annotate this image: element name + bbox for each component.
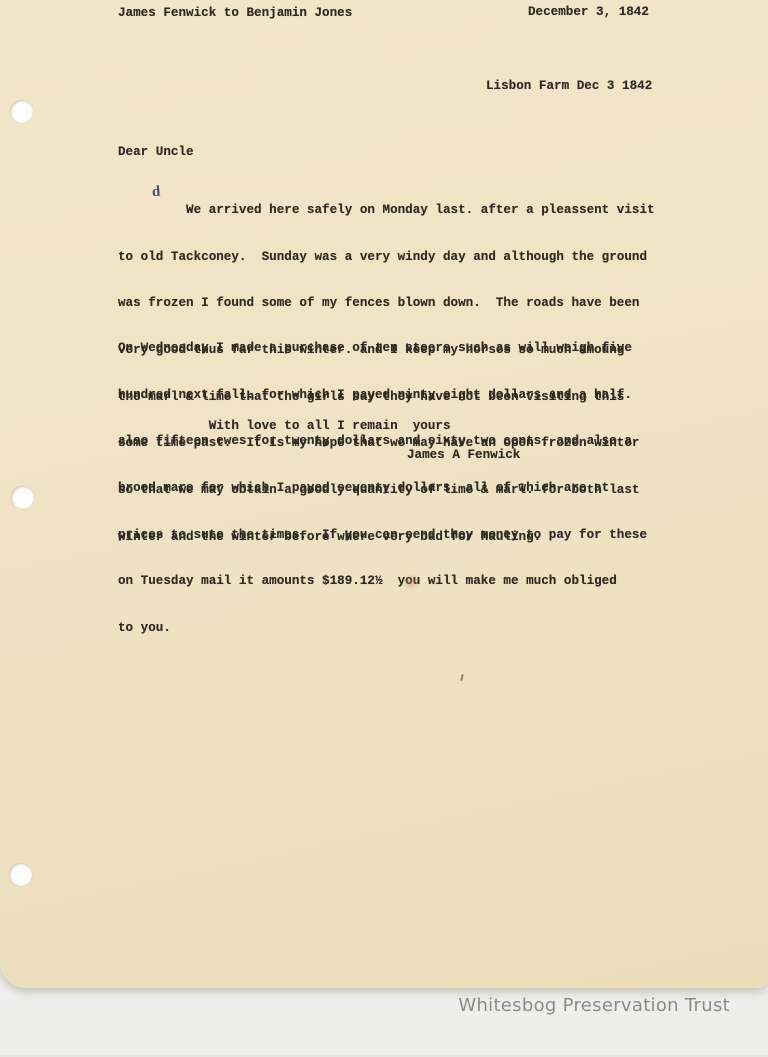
punch-hole-middle <box>11 486 34 509</box>
handwritten-ink-correction: d <box>151 184 161 202</box>
paragraph-1-line: We arrived here safely on Monday last. a… <box>118 203 655 219</box>
paragraph-2-line: brood mare for which I payed seventy dol… <box>118 481 647 497</box>
salutation: Dear Uncle <box>118 145 194 161</box>
paragraph-2-line: hundred next fall. for which I payed nin… <box>118 388 647 404</box>
closing-line: With love to all I remain yours <box>118 419 451 435</box>
paragraph-2-line: also fifteen ewes for twenty dollars and… <box>118 434 647 450</box>
paragraph-2: On Wednesday I made a purchase of ten st… <box>118 310 647 668</box>
paper-stain <box>404 572 418 592</box>
paragraph-2-line: prices to sute the times. If you can sen… <box>118 528 647 544</box>
scan-background: James Fenwick to Benjamin Jones December… <box>0 0 768 1057</box>
header-annotation: James Fenwick to Benjamin Jones <box>118 6 352 22</box>
paper-speck <box>460 674 463 681</box>
letter-dateline: Lisbon Farm Dec 3 1842 <box>486 79 652 95</box>
punch-hole-bottom <box>9 863 32 886</box>
punch-hole-top <box>10 100 33 123</box>
signature: James A Fenwick <box>407 448 520 464</box>
letter-page: James Fenwick to Benjamin Jones December… <box>0 0 768 988</box>
header-date: December 3, 1842 <box>528 5 649 21</box>
paragraph-2-line: On Wednesday I made a purchase of ten st… <box>118 341 647 357</box>
paragraph-2-line: on Tuesday mail it amounts $189.12½ you … <box>118 574 647 590</box>
paragraph-1-line: to old Tackconey. Sunday was a very wind… <box>118 250 655 266</box>
paragraph-2-line: to you. <box>118 621 647 637</box>
archive-watermark: Whitesbog Preservation Trust <box>458 995 730 1016</box>
